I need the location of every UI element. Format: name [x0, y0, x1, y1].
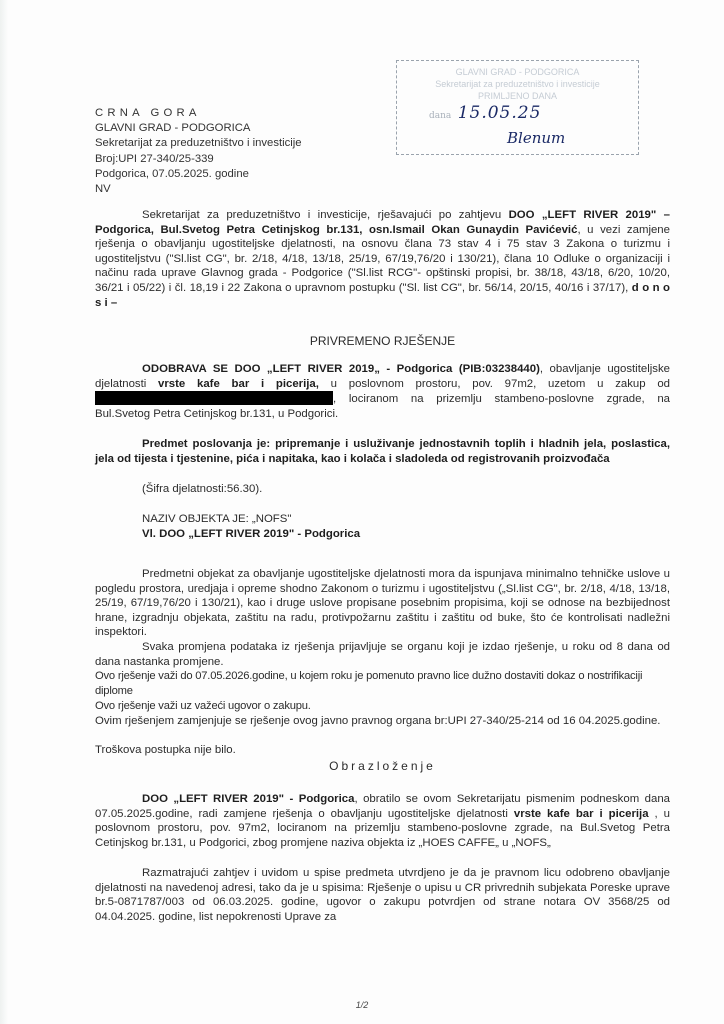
document-page: GLAVNI GRAD - PODGORICA Sekretarijat za …	[0, 0, 724, 1024]
conditions-paragraph-1: Predmetni objekat za obavljanje ugostite…	[95, 567, 670, 640]
stamp-date-prefix: dana	[429, 111, 451, 121]
reasoning-company: DOO „LEFT RIVER 2019" - Podgorica	[142, 793, 354, 805]
intro-paragraph: Sekretarijat za preduzetništvo i investi…	[95, 208, 670, 310]
stamp-line-2: Sekretarijat za preduzetništvo i investi…	[397, 79, 638, 90]
object-info: NAZIV OBJEKTA JE: „NOFS" Vl. DOO „LEFT R…	[95, 512, 670, 541]
conditions-paragraph-5: Ovim rješenjem zamjenjuje se rješenje ov…	[95, 714, 670, 729]
stamp-line-3: PRIMLJENO DANA	[397, 91, 638, 102]
activity-code: (Šifra djelatnosti:56.30).	[95, 482, 670, 497]
header-place-date: Podgorica, 07.05.2025. godine	[95, 167, 302, 182]
redacted-block	[95, 391, 333, 405]
conditions-paragraph-6: Troškova postupka nije bilo.	[95, 743, 670, 758]
object-name: NAZIV OBJEKTA JE: „NOFS"	[142, 512, 670, 527]
page-number: 1/2	[0, 1000, 724, 1010]
reasoning-paragraph-1: DOO „LEFT RIVER 2019" - Podgorica, obrat…	[95, 792, 670, 850]
activity-code-text: (Šifra djelatnosti:56.30).	[142, 483, 262, 495]
stamp-date-value: 15.05.25	[458, 103, 542, 123]
decision-title: PRIVREMENO RJEŠENJE	[95, 334, 670, 348]
approval-type: vrste kafe bar i picerija,	[158, 378, 319, 390]
reasoning-title: Obrazloženje	[95, 759, 670, 773]
conditions-paragraph-3: Ovo rješenje važi do 07.05.2026.godine, …	[95, 669, 670, 699]
intro-text-1: Sekretarijat za preduzetništvo i investi…	[142, 209, 509, 221]
conditions-paragraph-2: Svaka promjena podataka iz rješenja prij…	[95, 640, 670, 669]
approval-paragraph: ODOBRAVA SE DOO „LEFT RIVER 2019„ - Podg…	[95, 362, 670, 421]
business-subject: Predmet poslovanja je: pripremanje i usl…	[95, 437, 670, 466]
scan-edge-shadow	[0, 0, 8, 1024]
header-initials: NV	[95, 182, 302, 197]
approval-text-2: u poslovnom prostoru, pov. 97m2, uzetom …	[319, 378, 670, 390]
header-city: GLAVNI GRAD - PODGORICA	[95, 121, 302, 136]
stamp-line-1: GLAVNI GRAD - PODGORICA	[397, 67, 638, 78]
stamp-signature: Blenum	[507, 129, 565, 147]
header-department: Sekretarijat za preduzetništvo i investi…	[95, 136, 302, 151]
stamp-date: dana 15.05.25	[429, 103, 541, 123]
approval-company: ODOBRAVA SE DOO „LEFT RIVER 2019„ - Podg…	[142, 363, 540, 375]
reasoning-paragraph-2: Razmatrajući zahtjev i uvidom u spise pr…	[95, 866, 670, 924]
reasoning-type: vrste kafe bar i picerija	[514, 808, 649, 820]
letterhead: CRNA GORA GLAVNI GRAD - PODGORICA Sekret…	[95, 106, 302, 197]
received-stamp: GLAVNI GRAD - PODGORICA Sekretarijat za …	[396, 60, 639, 155]
conditions-paragraph-4: Ovo rješenje važi uz važeći ugovor o zak…	[95, 699, 670, 714]
header-country: CRNA GORA	[95, 106, 302, 121]
header-number: Broj:UPI 27-340/25-339	[95, 152, 302, 167]
object-owner: Vl. DOO „LEFT RIVER 2019" - Podgorica	[142, 527, 670, 542]
